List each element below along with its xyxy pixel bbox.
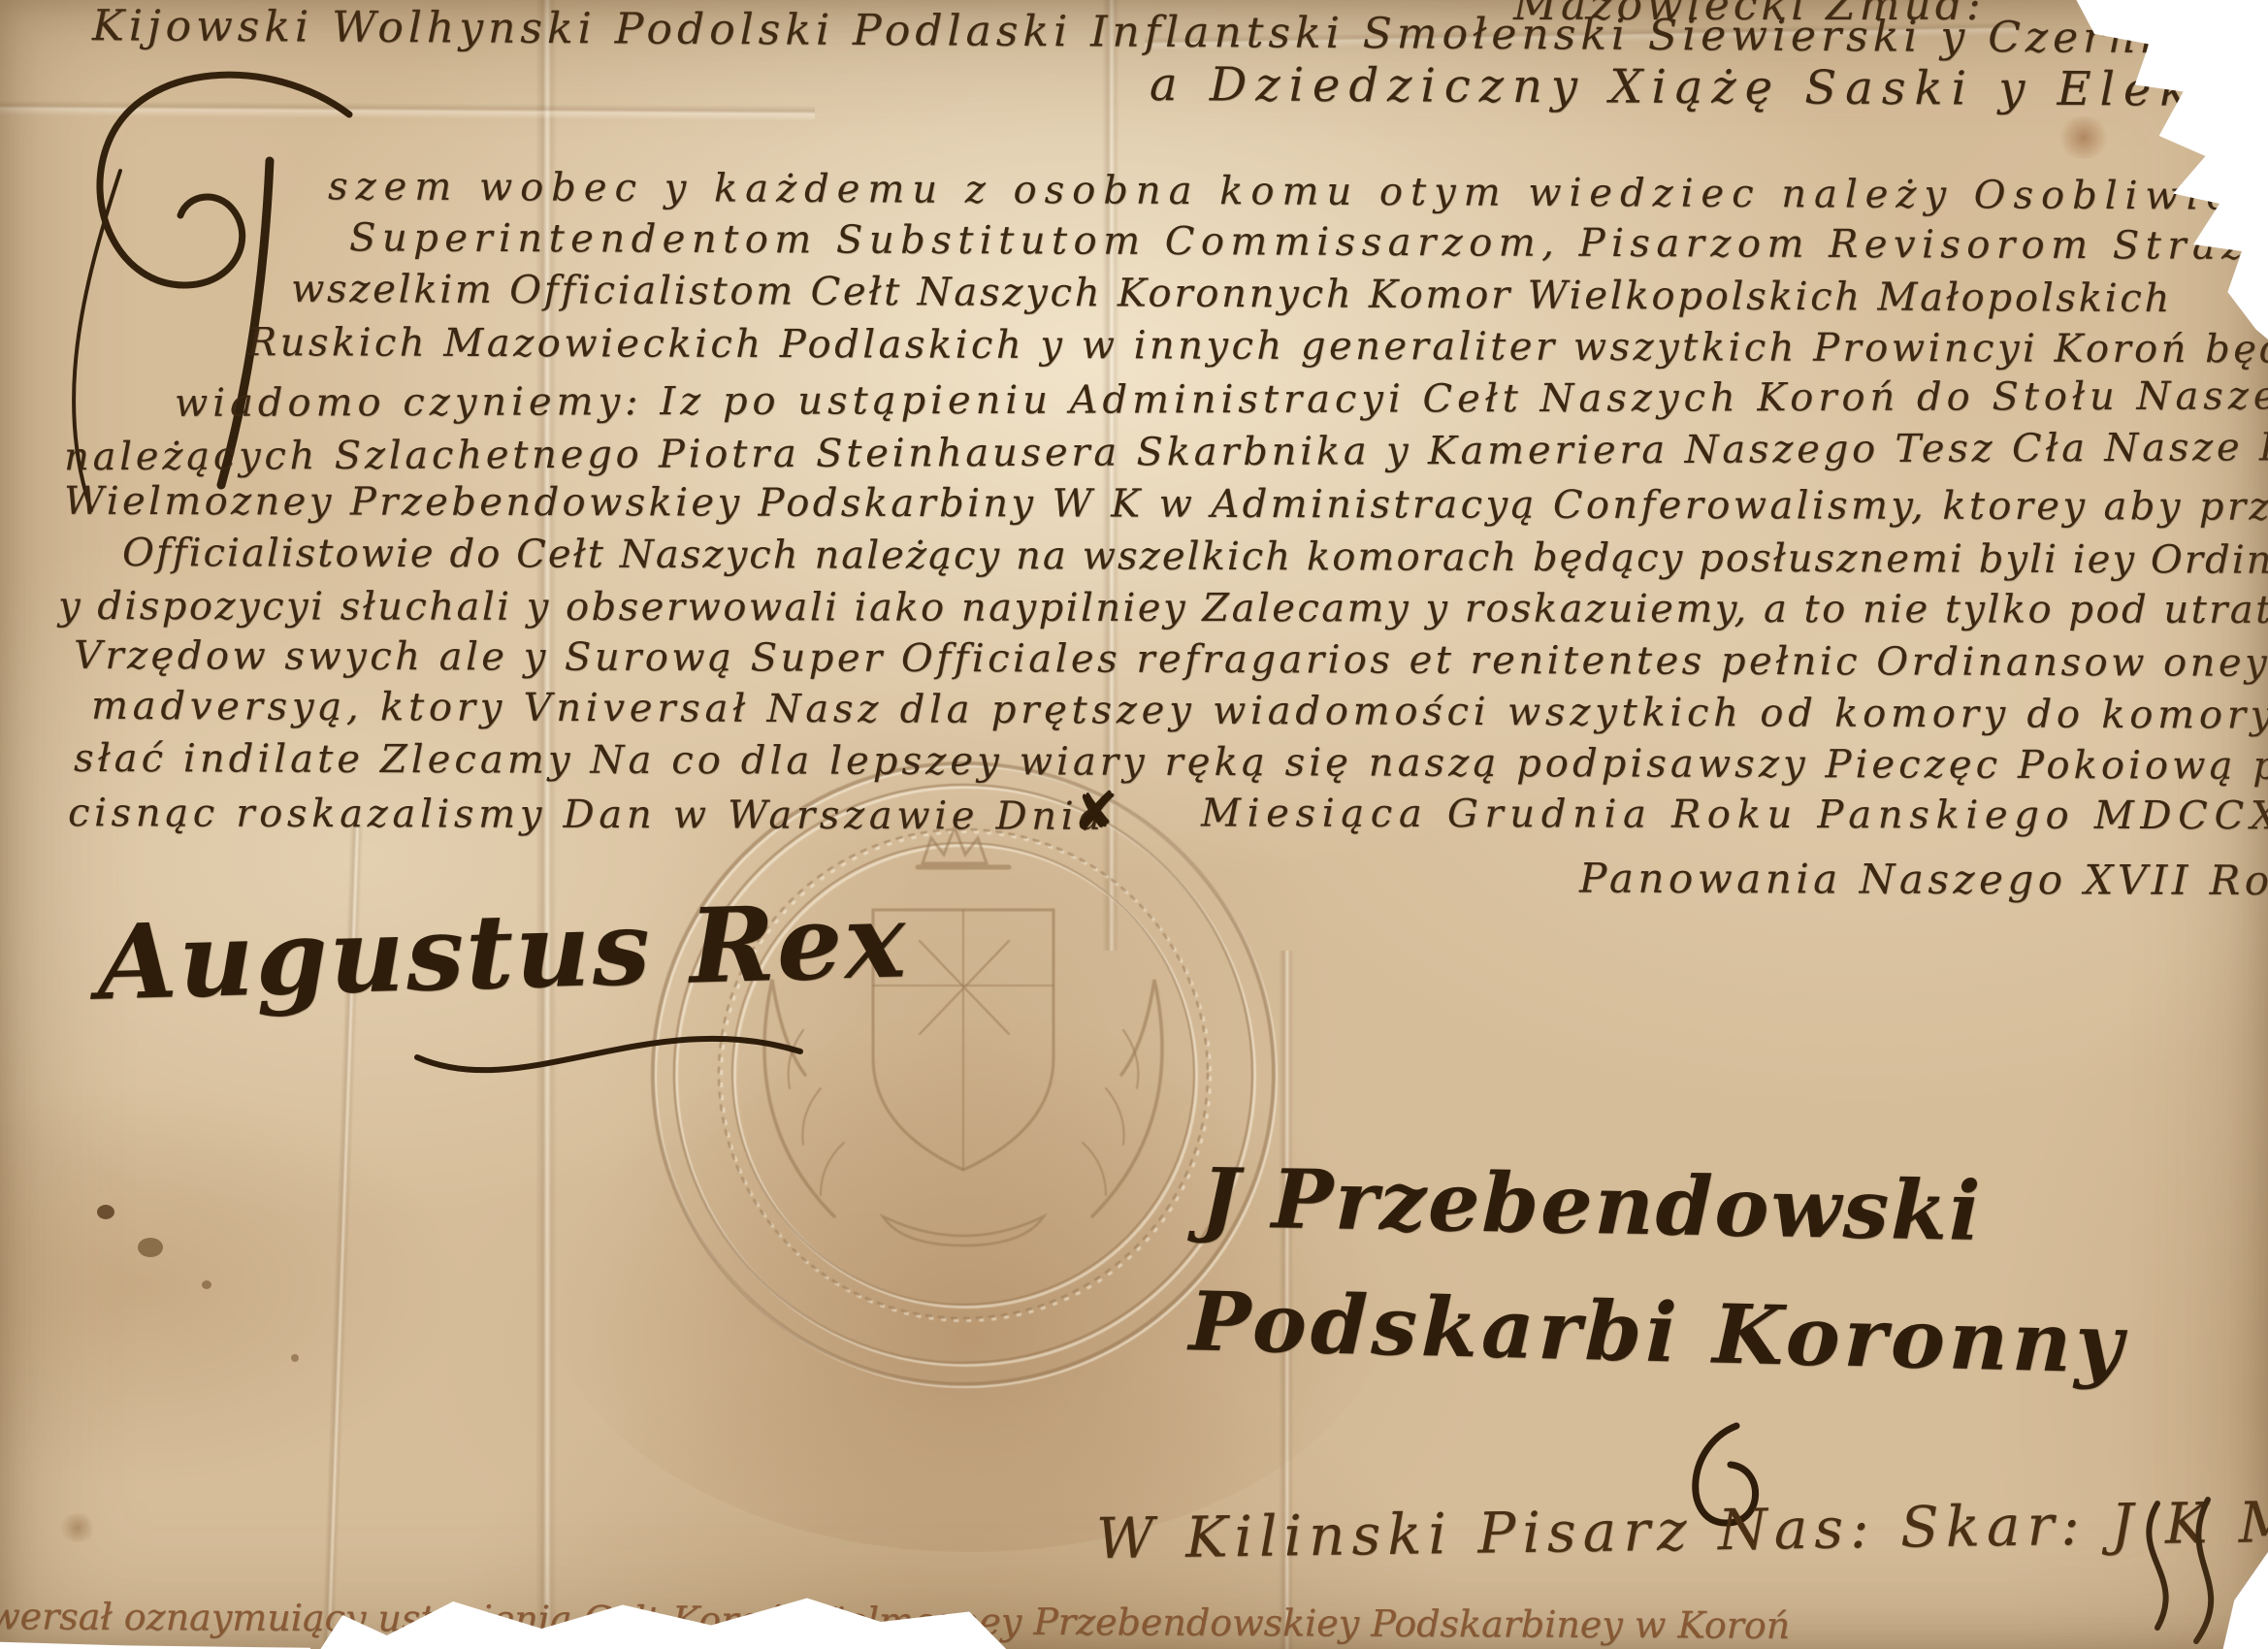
treasurer-signature-name: J Przebendowski xyxy=(1200,1157,1983,1252)
dateline-right: Miesiąca Grudnia Roku Panskiego MDCCXIII xyxy=(1201,793,2268,835)
body-line-1: szem wobec y każdemu z osobna komu otym … xyxy=(328,167,2268,216)
body-line-6: należących Szlachetnego Piotra Steinhaus… xyxy=(64,428,2268,476)
clerk-signature-line: W Kilinski Pisarz Nas: Skar: J K Mci xyxy=(1096,1493,2268,1567)
body-line-5: wiadomo czyniemy: Iz po ustąpieniu Admin… xyxy=(175,376,2268,423)
body-line-4: Ruskich Mazowieckich Podlaskich y w inny… xyxy=(247,323,2268,370)
body-line-8: Officialistowie do Cełt Naszych należący… xyxy=(122,533,2268,580)
body-line-3: wszelkim Officialistom Cełt Naszych Koro… xyxy=(291,270,2172,318)
docket-line: wersał oznaymuiący ustąpienia Cełt Koroń… xyxy=(0,1598,1790,1644)
king-signature: Augustus Rex xyxy=(96,889,909,1014)
date-day-mark: ✘ xyxy=(1073,786,1118,840)
body-line-2: Superintendentom Substitutom Commissarzo… xyxy=(349,218,2268,266)
regnal-year-line: Panowania Naszego XVII Roku xyxy=(1579,858,2268,902)
elector-title-line: a Dziedziczny Xiążę Saski y Elekto xyxy=(1150,61,2261,113)
body-line-7: Wielmozney Przebendowskiey Podskarbiny W… xyxy=(64,482,2268,528)
dateline-left: cisnąc roskazalismy Dan w Warszawie Dnia xyxy=(68,793,1106,836)
body-line-9: y dispozycyi słuchali y obserwowali iako… xyxy=(58,587,2268,630)
scanned-manuscript-page: Mazowiecki Zmud: Kijowski Wolhynski Podo… xyxy=(0,0,2268,1649)
body-line-12: słać indilate Zlecamy Na co dla lepszey … xyxy=(74,739,2268,786)
treasurer-signature-title: Podskarbi Koronny xyxy=(1188,1280,2127,1385)
body-line-11: madversyą, ktory Vniversał Nasz dla pręt… xyxy=(91,687,2268,735)
body-line-10: Vrzędow swych ale y Surową Super Officia… xyxy=(74,636,2268,683)
